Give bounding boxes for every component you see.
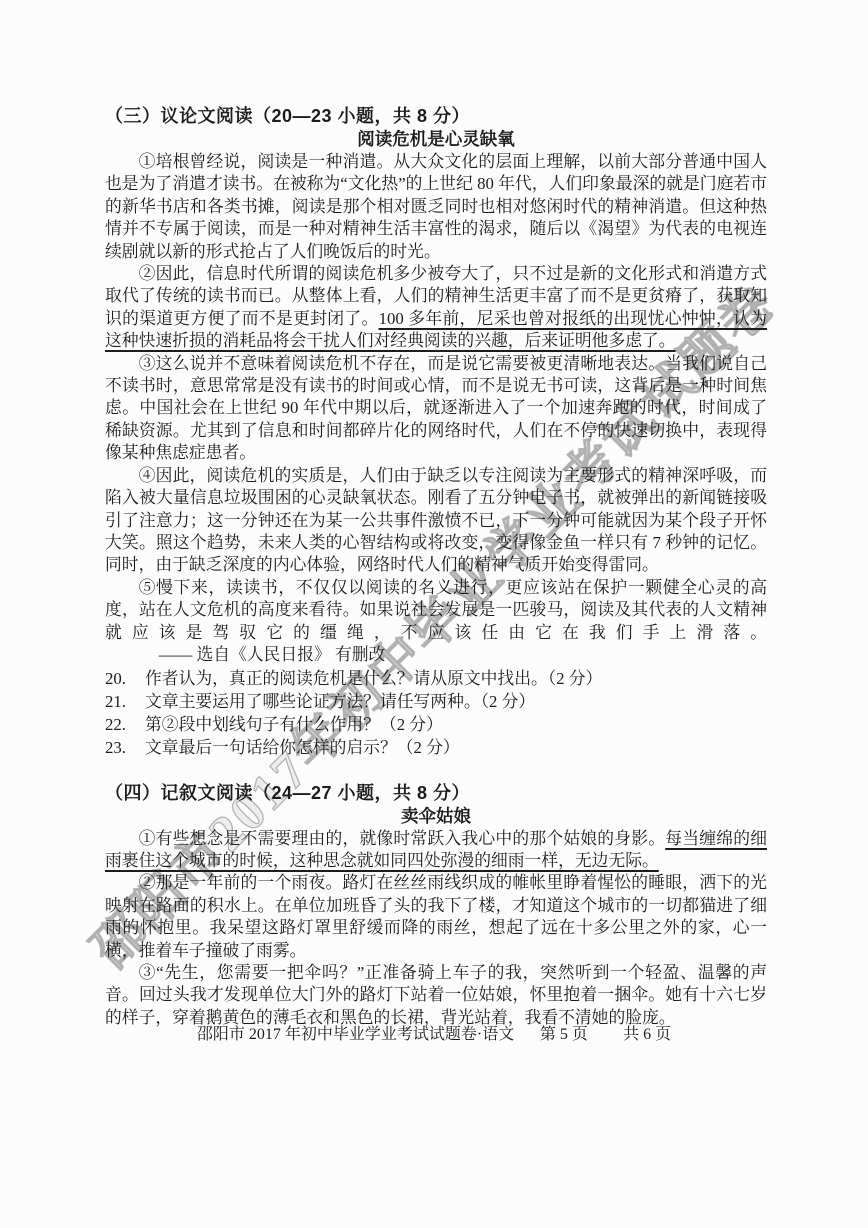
question-text: 文章主要运用了哪些论证方法？请任写两种。（2 分） — [145, 692, 535, 711]
section-heading: （四）记叙文阅读（24—27 小题，共 8 分） — [105, 781, 767, 805]
essay-title: 阅读危机是心灵缺氧 — [105, 128, 767, 151]
page-content: （三）议论文阅读（20—23 小题，共 8 分） 阅读危机是心灵缺氧 ①培根曾经… — [105, 104, 767, 1029]
question-item: 20.作者认为，真正的阅读危机是什么？请从原文中找出。（2 分） — [105, 668, 767, 691]
essay-paragraph: ③这么说并不意味着阅读危机不存在，而是说它需要被更清晰地表达。当我们说自己不读书… — [105, 353, 767, 465]
question-number: 21. — [105, 691, 145, 714]
question-text: 作者认为，真正的阅读危机是什么？请从原文中找出。（2 分） — [145, 669, 602, 688]
essay-paragraph: ⑤慢下来，读读书，不仅仅以阅读的名义进行，更应该站在保护一颗健全心灵的高度，站在… — [105, 577, 767, 667]
section-argumentative-reading: （三）议论文阅读（20—23 小题，共 8 分） 阅读危机是心灵缺氧 ①培根曾经… — [105, 104, 767, 760]
text-segment: ②那是一年前的一个雨夜。路灯在丝丝雨线织成的帷帐里睁着惺忪的睡眼，洒下的光映射在… — [105, 873, 767, 959]
text-segment: ①有些想念是不需要理由的，就像时常跃入我心中的那个姑娘的身影。 — [139, 829, 666, 848]
footer-page-number: 第 5 页 — [540, 1026, 588, 1043]
question-list: 20.作者认为，真正的阅读危机是什么？请从原文中找出。（2 分）21.文章主要运… — [105, 668, 767, 759]
essay-paragraph: ②那是一年前的一个雨夜。路灯在丝丝雨线织成的帷帐里睁着惺忪的睡眼，洒下的光映射在… — [105, 872, 767, 962]
text-segment: ④因此，阅读危机的实质是，人们由于缺乏以专注阅读为主要形式的精神深呼吸，而陷入被… — [105, 466, 767, 575]
question-item: 23.文章最后一句话给你怎样的启示？（2 分） — [105, 737, 767, 760]
question-text: 第②段中划线句子有什么作用？（2 分） — [145, 715, 443, 734]
essay-paragraph: ③“先生，您需要一把伞吗？”正准备骑上车子的我，突然听到一个轻盈、温馨的声音。回… — [105, 962, 767, 1029]
question-number: 22. — [105, 714, 145, 737]
text-segment: ③这么说并不意味着阅读危机不存在，而是说它需要被更清晰地表达。当我们说自己不读书… — [105, 354, 767, 463]
essay-paragraph: ④因此，阅读危机的实质是，人们由于缺乏以专注阅读为主要形式的精神深呼吸，而陷入被… — [105, 465, 767, 577]
essay-paragraph: ①有些想念是不需要理由的，就像时常跃入我心中的那个姑娘的身影。每当缠绵的细雨裹住… — [105, 828, 767, 873]
footer-exam-name: 邵阳市 2017 年初中毕业学业考试试题卷·语文 — [197, 1026, 514, 1043]
question-item: 21.文章主要运用了哪些论证方法？请任写两种。（2 分） — [105, 691, 767, 714]
question-text: 文章最后一句话给你怎样的启示？（2 分） — [145, 738, 460, 757]
question-item: 22.第②段中划线句子有什么作用？（2 分） — [105, 714, 767, 737]
source-attribution: —— 选自《人民日报》 有删改 — [159, 645, 386, 664]
essay-paragraph: ①培根曾经说，阅读是一种消遣。从大众文化的层面上理解，以前大部分普通中国人也是为… — [105, 151, 767, 263]
page-footer: 邵阳市 2017 年初中毕业学业考试试题卷·语文第 5 页共 6 页 — [0, 1024, 868, 1046]
essay-body: ①培根曾经说，阅读是一种消遣。从大众文化的层面上理解，以前大部分普通中国人也是为… — [105, 151, 767, 666]
essay-title: 卖伞姑娘 — [105, 805, 767, 828]
text-segment: ③“先生，您需要一把伞吗？”正准备骑上车子的我，突然听到一个轻盈、温馨的声音。回… — [105, 963, 767, 1027]
text-segment: ①培根曾经说，阅读是一种消遣。从大众文化的层面上理解，以前大部分普通中国人也是为… — [105, 152, 767, 261]
essay-body: ①有些想念是不需要理由的，就像时常跃入我心中的那个姑娘的身影。每当缠绵的细雨裹住… — [105, 828, 767, 1030]
question-number: 23. — [105, 737, 145, 760]
section-narrative-reading: （四）记叙文阅读（24—27 小题，共 8 分） 卖伞姑娘 ①有些想念是不需要理… — [105, 781, 767, 1030]
footer-total-pages: 共 6 页 — [623, 1026, 671, 1043]
text-segment: ⑤慢下来，读读书，不仅仅以阅读的名义进行，更应该站在保护一颗健全心灵的高度，站在… — [105, 578, 767, 642]
exam-page: 邵阳市2017年初中毕业学业考试试题卷 （三）议论文阅读（20—23 小题，共 … — [0, 0, 868, 1228]
question-number: 20. — [105, 668, 145, 691]
section-heading: （三）议论文阅读（20—23 小题，共 8 分） — [105, 104, 767, 128]
essay-paragraph: ②因此，信息时代所谓的阅读危机多少被夸大了，只不过是新的文化形式和消遣方式取代了… — [105, 263, 767, 353]
